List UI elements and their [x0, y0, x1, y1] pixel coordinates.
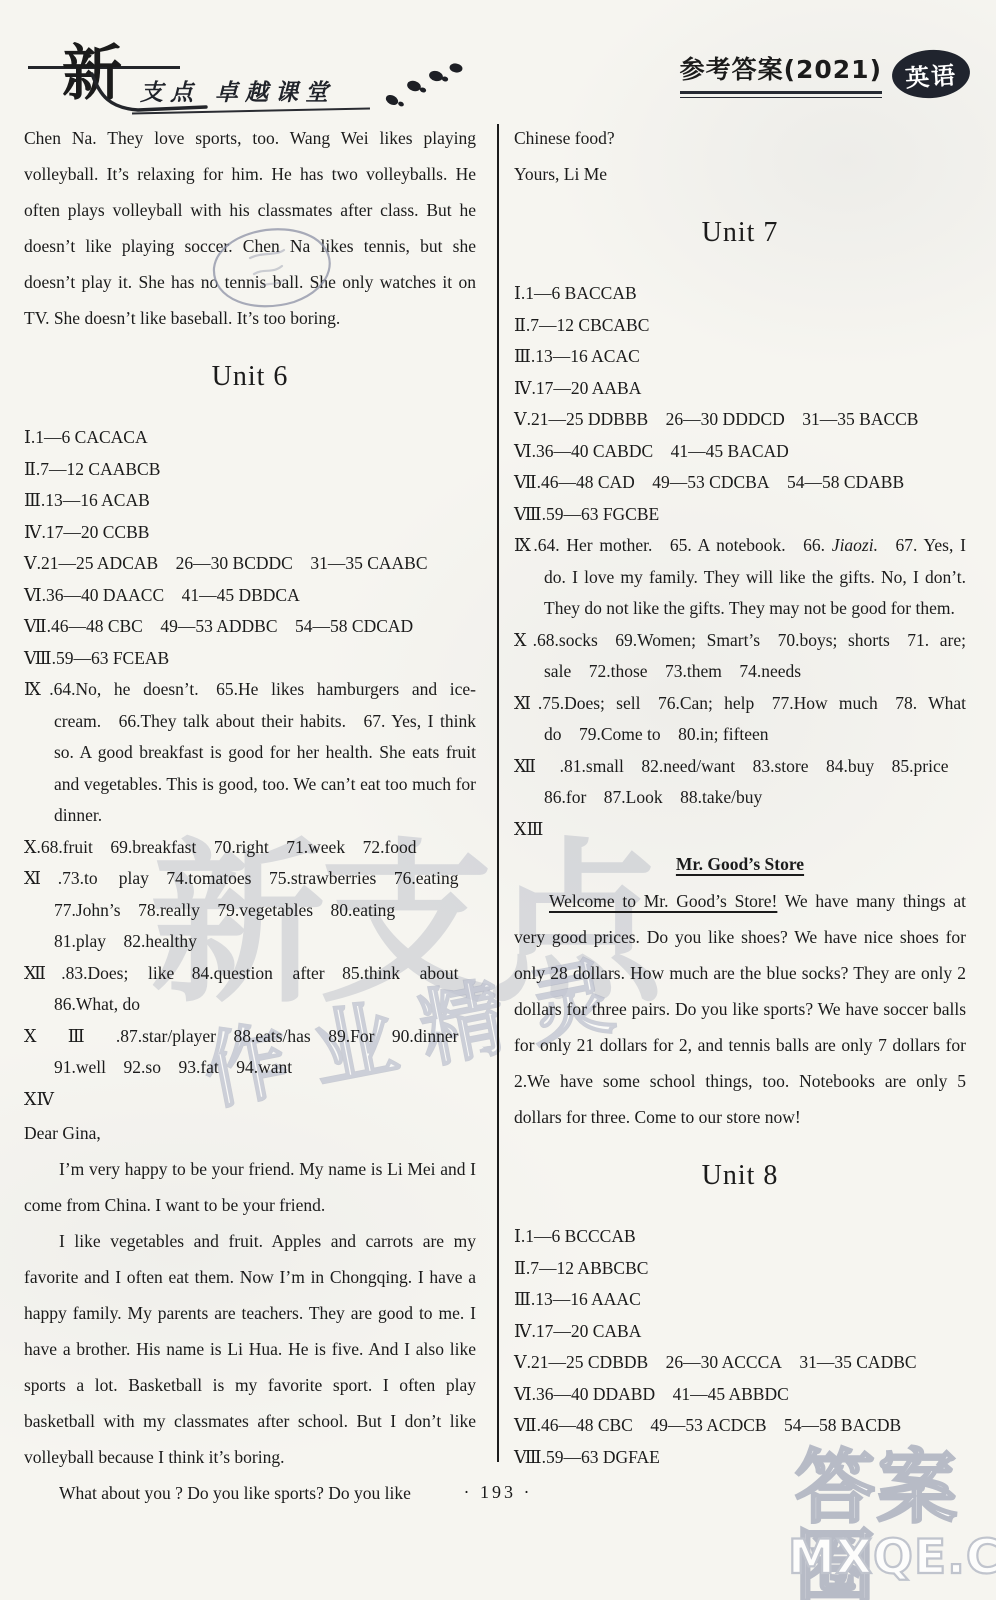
text-run: Ⅵ.36—40 DDABD 41—45 ABBDC — [514, 1384, 789, 1404]
footprints-icon — [380, 62, 466, 114]
text-run: Ⅶ.46—48 CBC 49—53 ADDBC 54—58 CDCAD — [24, 616, 413, 636]
text-run: I like vegetables and fruit. Apples and … — [24, 1231, 476, 1467]
text-run: Chen Na. They love sports, too. Wang Wei… — [24, 128, 476, 328]
text-run: Ⅱ.7—12 CBCABC — [514, 315, 649, 335]
paragraph: I like vegetables and fruit. Apples and … — [24, 1223, 476, 1475]
page-number: · 193 · — [0, 1482, 996, 1503]
letter-line: Dear Gina, — [24, 1115, 476, 1151]
answer-line: Ⅱ.7—12 ABBCBC — [514, 1253, 966, 1285]
answer-line: Ⅵ.36—40 DAACC 41—45 DBDCA — [24, 580, 476, 612]
answer-line: Ⅴ.21—25 CDBDB 26—30 ACCCA 31—35 CADBC — [514, 1347, 966, 1379]
unit-heading: Unit 7 — [514, 218, 966, 248]
text-run: Ⅷ.59—63 FGCBE — [514, 504, 659, 524]
column-divider — [497, 124, 499, 1462]
text-run: Ⅶ.46—48 CAD 49—53 CDCBA 54—58 CDABB — [514, 472, 904, 492]
answer-line: Ⅳ.17—20 CABA — [514, 1316, 966, 1348]
text-run: Ⅷ.59—63 DGFAE — [514, 1447, 660, 1467]
text-run: Ⅻ.81.small 82.need/want 83.store 84.buy … — [514, 756, 966, 808]
unit-heading: Unit 6 — [24, 362, 476, 392]
answer-line: ⅩⅣ — [24, 1084, 476, 1116]
text-run: Ⅹ.68.socks 69.Women; Smart’s 70.boys; sh… — [514, 630, 966, 682]
text-run: Ⅺ.73.to play 74.tomatoes 75.strawberries… — [24, 868, 476, 951]
answer-line: Ⅺ.73.to play 74.tomatoes 75.strawberries… — [24, 863, 476, 958]
answer-line: ⅩⅢ.87.star/player 88.eats/has 89.For 90.… — [24, 1021, 476, 1084]
answer-line: Ⅰ.1—6 BACCAB — [514, 278, 966, 310]
text-run: Ⅸ.64.No, he doesn’t. 65.He likes hamburg… — [24, 679, 476, 825]
answer-line: Ⅺ.75.Does; sell 76.Can; help 77.How much… — [514, 688, 966, 751]
text-run: Ⅱ.7—12 ABBCBC — [514, 1258, 648, 1278]
text-run: ⅩⅢ.87.star/player 88.eats/has 89.For 90.… — [24, 1026, 476, 1078]
page-header-right: 参考答案(2021) 英语 — [680, 50, 970, 98]
answer-line: Ⅹ.68.fruit 69.breakfast 70.right 71.week… — [24, 832, 476, 864]
text-run: Dear Gina, — [24, 1123, 101, 1143]
text-run: Ⅵ.36—40 DAACC 41—45 DBDCA — [24, 585, 300, 605]
text-run: Jiaozi. — [832, 535, 878, 555]
text-run: Ⅰ.1—6 CACACA — [24, 427, 148, 447]
text-run: Ⅵ.36—40 CABDC 41—45 BACAD — [514, 441, 789, 461]
answer-line: Ⅻ.81.small 82.need/want 83.store 84.buy … — [514, 751, 966, 814]
answer-line: Ⅴ.21—25 DDBBB 26—30 DDDCD 31—35 BACCB — [514, 404, 966, 436]
text-run: Ⅴ.21—25 ADCAB 26—30 BCDDC 31—35 CAABC — [24, 553, 428, 573]
answer-line: Ⅶ.46—48 CBC 49—53 ACDCB 54—58 BACDB — [514, 1410, 966, 1442]
text-run: Ⅳ.17—20 CCBB — [24, 522, 149, 542]
answer-line: Ⅷ.59—63 FCEAB — [24, 643, 476, 675]
answer-line: Ⅴ.21—25 ADCAB 26—30 BCDDC 31—35 CAABC — [24, 548, 476, 580]
text-run: Ⅲ.13—16 ACAC — [514, 346, 640, 366]
text-run: Ⅹ.68.fruit 69.breakfast 70.right 71.week… — [24, 837, 417, 857]
answer-line: ⅩⅢ — [514, 814, 966, 846]
text-run: Unit 7 — [702, 217, 779, 248]
series-logo: 新 支点 卓越课堂 — [28, 44, 468, 124]
text-run: Ⅲ.13—16 ACAB — [24, 490, 150, 510]
answer-line: Ⅰ.1—6 BCCCAB — [514, 1221, 966, 1253]
text-run: Ⅴ.21—25 DDBBB 26—30 DDDCD 31—35 BACCB — [514, 409, 918, 429]
text-run: We have many things at very good prices.… — [514, 891, 966, 1127]
letter-line: Yours, Li Me — [514, 156, 966, 192]
text-run: Mr. Good’s Store — [676, 854, 804, 874]
left-column: Chen Na. They love sports, too. Wang Wei… — [24, 120, 476, 1511]
paragraph: Chen Na. They love sports, too. Wang Wei… — [24, 120, 476, 336]
series-name: 支点 卓越课堂 — [140, 74, 335, 107]
text-run: Ⅰ.1—6 BCCCAB — [514, 1226, 636, 1246]
text-run: Yours, Li Me — [514, 164, 607, 184]
right-column: Chinese food?Yours, Li MeUnit 7Ⅰ.1—6 BAC… — [514, 120, 966, 1473]
text-run: Ⅲ.13—16 AAAC — [514, 1289, 641, 1309]
answer-line: Ⅲ.13—16 ACAC — [514, 341, 966, 373]
answer-line: Ⅰ.1—6 CACACA — [24, 422, 476, 454]
section-title: Mr. Good’s Store — [514, 847, 966, 881]
text-run: Ⅺ.75.Does; sell 76.Can; help 77.How much… — [514, 693, 966, 745]
text-run: Ⅳ.17—20 CABA — [514, 1321, 641, 1341]
text-run: ⅩⅢ — [514, 819, 543, 839]
text-run: Chinese food? — [514, 128, 615, 148]
text-run: Ⅻ.83.Does; like 84.question after 85.thi… — [24, 963, 476, 1015]
answer-line: Ⅻ.83.Does; like 84.question after 85.thi… — [24, 958, 476, 1021]
answer-line: Ⅷ.59—63 FGCBE — [514, 499, 966, 531]
reference-answers-title-block: 参考答案(2021) — [680, 50, 882, 98]
text-run: I’m very happy to be your friend. My nam… — [24, 1159, 476, 1215]
answer-line: Ⅵ.36—40 DDABD 41—45 ABBDC — [514, 1379, 966, 1411]
answer-line: Ⅶ.46—48 CAD 49—53 CDCBA 54—58 CDABB — [514, 467, 966, 499]
answer-line: Ⅲ.13—16 AAAC — [514, 1284, 966, 1316]
answer-line: Ⅷ.59—63 DGFAE — [514, 1442, 966, 1474]
text-run: Ⅰ.1—6 BACCAB — [514, 283, 637, 303]
subject-badge: 英语 — [890, 47, 971, 100]
answer-line: Ⅸ.64.No, he doesn’t. 65.He likes hamburg… — [24, 674, 476, 832]
text-run: Ⅳ.17—20 AABA — [514, 378, 641, 398]
answer-line: Ⅶ.46—48 CBC 49—53 ADDBC 54—58 CDCAD — [24, 611, 476, 643]
text-run: Unit 6 — [212, 361, 289, 392]
reference-answers-title: 参考答案(2021) — [680, 50, 882, 86]
paragraph: Welcome to Mr. Good’s Store! We have man… — [514, 883, 966, 1135]
answer-line: Ⅳ.17—20 AABA — [514, 373, 966, 405]
letter-line: Chinese food? — [514, 120, 966, 156]
text-run: Ⅶ.46—48 CBC 49—53 ACDCB 54—58 BACDB — [514, 1415, 901, 1435]
title-double-rule — [680, 91, 882, 98]
answer-line: Ⅹ.68.socks 69.Women; Smart’s 70.boys; sh… — [514, 625, 966, 688]
text-run: Ⅴ.21—25 CDBDB 26—30 ACCCA 31—35 CADBC — [514, 1352, 917, 1372]
unit-heading: Unit 8 — [514, 1161, 966, 1191]
answer-line: Ⅵ.36—40 CABDC 41—45 BACAD — [514, 436, 966, 468]
answer-line: Ⅱ.7—12 CAABCB — [24, 454, 476, 486]
answer-line: Ⅳ.17—20 CCBB — [24, 517, 476, 549]
answer-line: Ⅲ.13—16 ACAB — [24, 485, 476, 517]
text-run: Welcome to Mr. Good’s Store! — [549, 891, 777, 911]
site-watermark: MXQE.COM — [788, 1534, 996, 1581]
text-run: Ⅸ.64. Her mother. 65. A notebook. 66. — [514, 535, 832, 555]
text-run: ⅩⅣ — [24, 1089, 54, 1109]
text-run: Ⅷ.59—63 FCEAB — [24, 648, 169, 668]
answer-line: Ⅱ.7—12 CBCABC — [514, 310, 966, 342]
text-run: Unit 8 — [702, 1160, 779, 1191]
paragraph: I’m very happy to be your friend. My nam… — [24, 1151, 476, 1223]
answer-line: Ⅸ.64. Her mother. 65. A notebook. 66. Ji… — [514, 530, 966, 625]
answer-key-page: 新 支点 卓越课堂 参考答案(2021) 英语 新支点 作业精灵 — [0, 0, 996, 1600]
text-run: Ⅱ.7—12 CAABCB — [24, 459, 160, 479]
